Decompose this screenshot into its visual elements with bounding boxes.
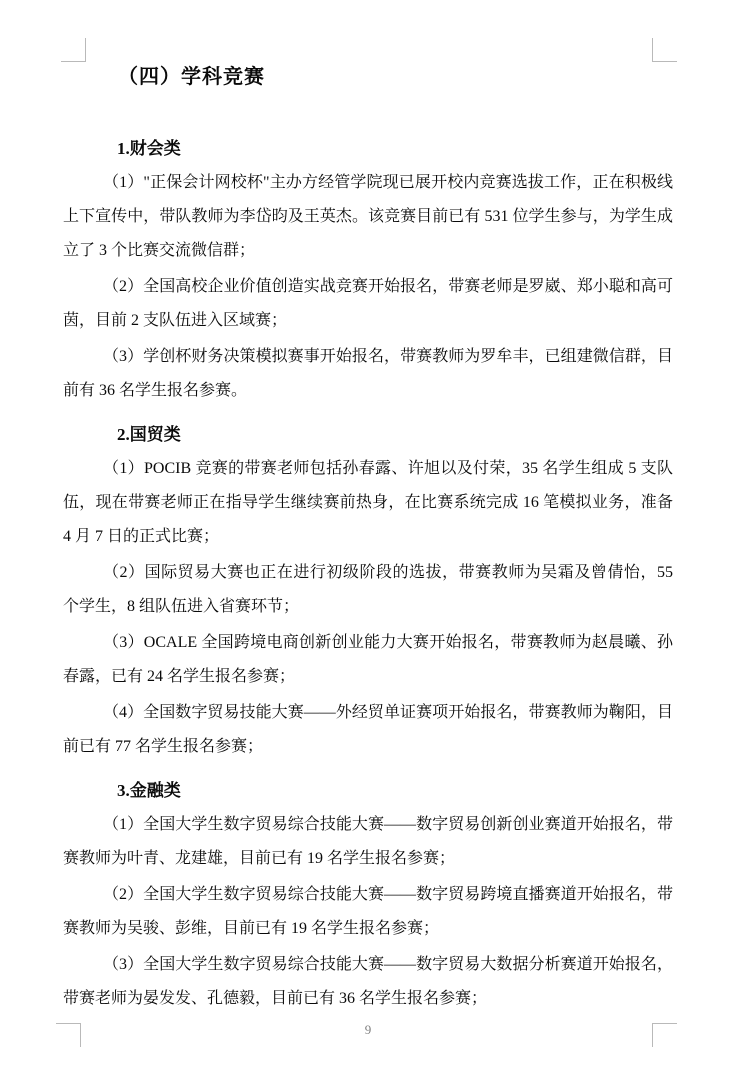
document-page: （四）学科竞赛 1.财会类 （1）"正保会计网校杯"主办方经管学院现已展开校内竞… [0,0,736,1079]
section-title-finance: 3.金融类 [63,776,673,806]
page-title: （四）学科竞赛 [63,62,673,92]
paragraph: （3）OCALE 全国跨境电商创新创业能力大赛开始报名，带赛教师为赵晨曦、孙春露… [63,626,673,694]
section-title-finance-accounting: 1.财会类 [63,134,673,164]
document-body: （四）学科竞赛 1.财会类 （1）"正保会计网校杯"主办方经管学院现已展开校内竞… [63,56,673,1016]
section-title-international-trade: 2.国贸类 [63,420,673,450]
section-finance-accounting: 1.财会类 （1）"正保会计网校杯"主办方经管学院现已展开校内竞赛选拔工作，正在… [63,134,673,408]
paragraph: （3）全国大学生数字贸易综合技能大赛——数字贸易大数据分析赛道开始报名，带赛老师… [63,948,673,1016]
section-finance: 3.金融类 （1）全国大学生数字贸易综合技能大赛——数字贸易创新创业赛道开始报名… [63,776,673,1016]
paragraph: （2）国际贸易大赛也正在进行初级阶段的选拔，带赛教师为吴霜及曾倩怡，55 个学生… [63,556,673,624]
paragraph: （1）全国大学生数字贸易综合技能大赛——数字贸易创新创业赛道开始报名，带赛教师为… [63,808,673,876]
paragraph: （2）全国大学生数字贸易综合技能大赛——数字贸易跨境直播赛道开始报名，带赛教师为… [63,878,673,946]
section-international-trade: 2.国贸类 （1）POCIB 竞赛的带赛老师包括孙春露、许旭以及付荣，35 名学… [63,420,673,764]
paragraph: （1）"正保会计网校杯"主办方经管学院现已展开校内竞赛选拔工作，正在积极线上下宣… [63,166,673,268]
paragraph: （1）POCIB 竞赛的带赛老师包括孙春露、许旭以及付荣，35 名学生组成 5 … [63,452,673,554]
paragraph: （2）全国高校企业价值创造实战竞赛开始报名，带赛老师是罗崴、郑小聪和高可茵，目前… [63,270,673,338]
paragraph: （4）全国数字贸易技能大赛——外经贸单证赛项开始报名，带赛教师为鞠阳，目前已有 … [63,696,673,764]
page-number: 9 [0,1022,736,1038]
paragraph: （3）学创杯财务决策模拟赛事开始报名，带赛教师为罗牟丰，已组建微信群，目前有 3… [63,340,673,408]
